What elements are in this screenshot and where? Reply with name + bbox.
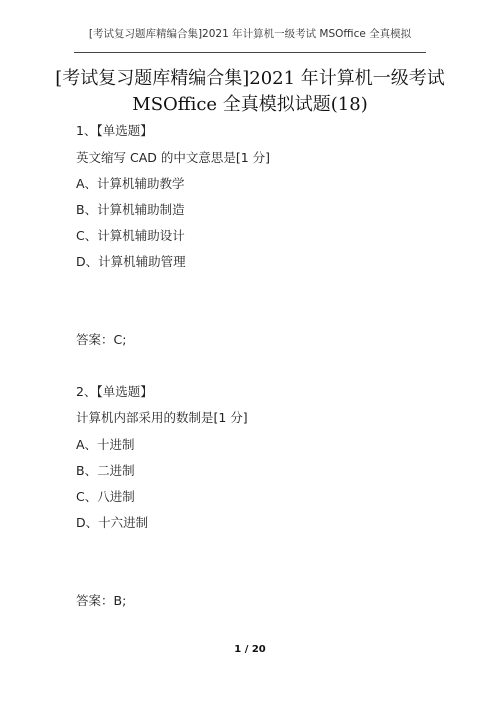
document-page: [考试复习题库精编合集]2021 年计算机一级考试 MSOffice 全真模拟 … (0, 0, 500, 708)
running-header: [考试复习题库精编合集]2021 年计算机一级考试 MSOffice 全真模拟 (0, 26, 500, 41)
question-2-option-d: D、十六进制 (76, 513, 148, 531)
question-1-option-a: A、计算机辅助教学 (76, 174, 185, 192)
question-1-stem: 英文缩写 CAD 的中文意思是[1 分] (76, 148, 270, 166)
document-title-line2: MSOffice 全真模拟试题(18) (0, 90, 500, 116)
document-title-line1: [考试复习题库精编合集]2021 年计算机一级考试 (0, 64, 500, 90)
question-1-option-b: B、计算机辅助制造 (76, 200, 185, 218)
question-1-option-c: C、计算机辅助设计 (76, 226, 185, 244)
question-2-stem: 计算机内部采用的数制是[1 分] (76, 408, 248, 426)
question-2-heading: 2、【单选题】 (76, 382, 153, 400)
question-1-answer: 答案：C; (76, 330, 126, 348)
question-1-option-d: D、计算机辅助管理 (76, 252, 186, 270)
question-2-option-c: C、八进制 (76, 487, 135, 505)
question-2-option-a: A、十进制 (76, 435, 135, 453)
question-1-heading: 1、【单选题】 (76, 121, 153, 139)
page-number: 1 / 20 (0, 644, 500, 655)
header-divider (74, 52, 426, 53)
question-2-answer: 答案：B; (76, 591, 126, 609)
question-2-option-b: B、二进制 (76, 461, 135, 479)
